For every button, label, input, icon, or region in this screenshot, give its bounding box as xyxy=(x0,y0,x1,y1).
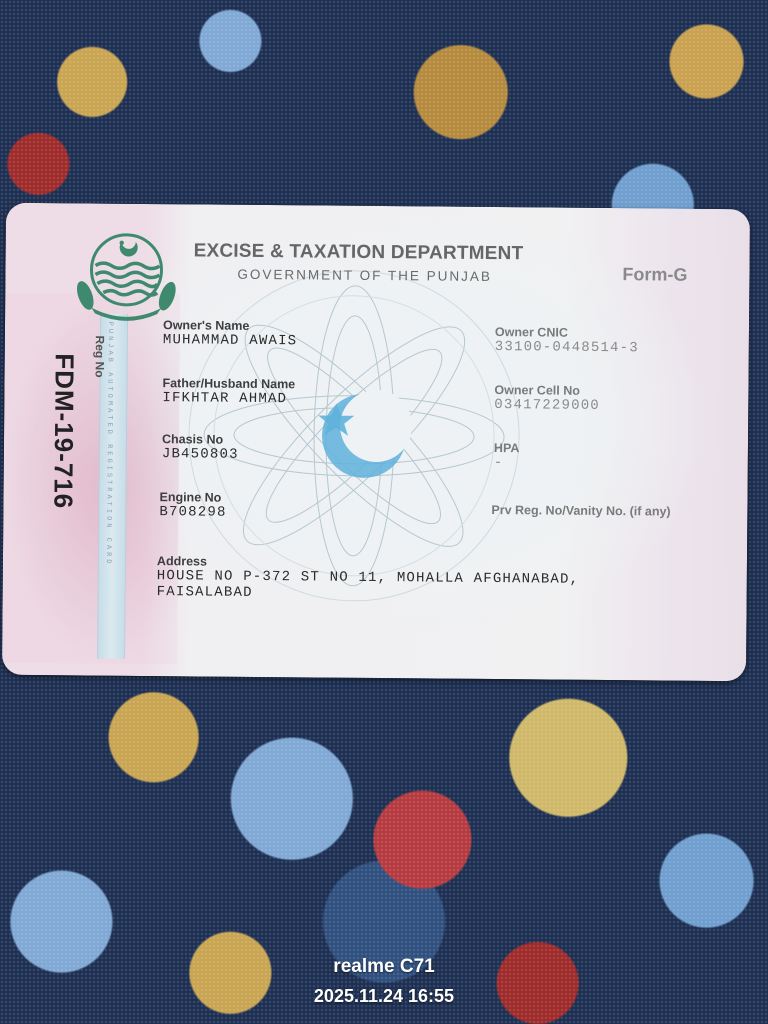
address-field: Address HOUSE NO P-372 ST NO 11, MOHALLA… xyxy=(157,554,580,604)
owner-name-label: Owner's Name xyxy=(163,318,298,333)
hpa-value: - xyxy=(494,455,520,471)
reg-no-value: FDM-19-716 xyxy=(47,353,79,509)
punjab-emblem-icon xyxy=(71,225,182,326)
owner-name-field: Owner's Name MUHAMMAD AWAIS xyxy=(163,318,298,349)
owner-cell-field: Owner Cell No 03417229000 xyxy=(494,383,600,414)
owner-cnic-label: Owner CNIC xyxy=(495,325,639,340)
hpa-field: HPA - xyxy=(494,441,520,471)
engine-no-field: Engine No B708298 xyxy=(159,490,226,521)
government-subtitle: GOVERNMENT OF THE PUNJAB xyxy=(237,267,492,284)
prv-reg-label: Prv Reg. No/Vanity No. (if any) xyxy=(491,503,670,519)
father-husband-name-field: Father/Husband Name IFKHTAR AHMAD xyxy=(162,376,295,407)
camera-model-watermark: realme C71 xyxy=(0,956,768,978)
camera-datetime-watermark: 2025.11.24 16:55 xyxy=(0,986,768,1007)
engine-no-value: B708298 xyxy=(159,504,226,521)
registration-number-block: Reg No FDM-19-716 xyxy=(43,335,105,576)
prv-reg-field: Prv Reg. No/Vanity No. (if any) xyxy=(491,503,670,519)
form-type-label: Form-G xyxy=(622,264,687,286)
engine-no-label: Engine No xyxy=(159,490,226,505)
owner-cnic-field: Owner CNIC 33100-0448514-3 xyxy=(495,325,639,356)
hpa-label: HPA xyxy=(494,441,520,455)
father-husband-name-value: IFKHTAR AHMAD xyxy=(162,390,295,407)
vehicle-registration-card: PUNJAB AUTOMATED REGISTRATION CARD Reg N… xyxy=(2,203,750,681)
chasis-no-value: JB450803 xyxy=(162,446,239,463)
owner-cnic-value: 33100-0448514-3 xyxy=(495,339,639,356)
chasis-no-field: Chasis No JB450803 xyxy=(162,432,239,463)
father-husband-name-label: Father/Husband Name xyxy=(162,376,295,391)
chasis-no-label: Chasis No xyxy=(162,432,239,447)
department-title: EXCISE & TAXATION DEPARTMENT xyxy=(194,240,524,265)
reg-no-label: Reg No xyxy=(93,336,107,378)
owner-cell-label: Owner Cell No xyxy=(494,383,600,398)
star-and-crescent-hologram-icon xyxy=(318,389,413,478)
owner-name-value: MUHAMMAD AWAIS xyxy=(163,332,298,349)
owner-cell-value: 03417229000 xyxy=(494,397,600,414)
